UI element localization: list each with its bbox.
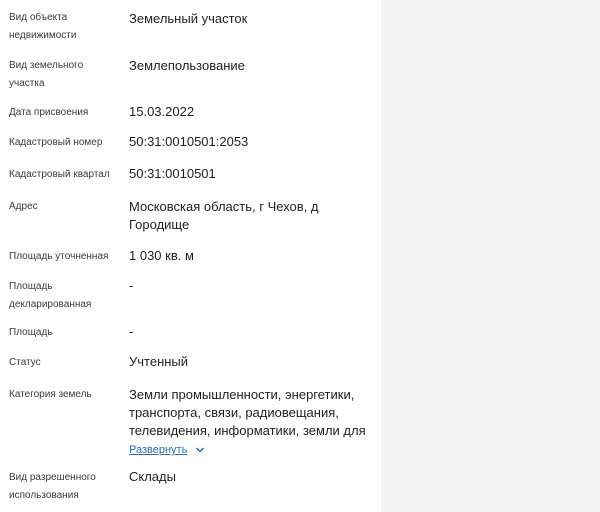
- page: Вид объекта недвижимости Земельный участ…: [0, 0, 600, 512]
- value-status: Учтенный: [129, 353, 374, 371]
- label-area-declared: Площадь декларированная: [9, 278, 119, 314]
- label-permitted-use: Вид разрешенного использования: [9, 469, 119, 505]
- value-area: -: [129, 323, 374, 341]
- value-area-declared: -: [129, 277, 374, 295]
- expand-link[interactable]: Развернуть: [129, 442, 187, 458]
- value-land-plot-type: Землепользование: [129, 57, 374, 75]
- value-area-refined: 1 030 кв. м: [129, 247, 374, 265]
- value-address: Московская область, г Чехов, д Городище: [129, 198, 374, 234]
- label-address: Адрес: [9, 198, 119, 216]
- expand-button[interactable]: Развернуть: [129, 442, 205, 458]
- label-cadastral-number: Кадастровый номер: [9, 134, 119, 152]
- label-object-type: Вид объекта недвижимости: [9, 9, 119, 45]
- land-category-text: Земли промышленности, энергетики, трансп…: [129, 386, 374, 440]
- label-land-category: Категория земель: [9, 386, 119, 404]
- value-permitted-use: Склады: [129, 468, 374, 486]
- value-assignment-date: 15.03.2022: [129, 103, 374, 121]
- label-land-plot-type: Вид земельного участка: [9, 57, 119, 93]
- value-cadastral-number: 50:31:0010501:2053: [129, 133, 374, 151]
- chevron-down-icon: [195, 445, 205, 455]
- label-cadastral-quarter: Кадастровый квартал: [9, 166, 119, 184]
- label-status: Статус: [9, 354, 119, 372]
- label-assignment-date: Дата присвоения: [9, 104, 119, 122]
- value-object-type: Земельный участок: [129, 10, 374, 28]
- label-area: Площадь: [9, 324, 119, 342]
- value-land-category: Земли промышленности, энергетики, трансп…: [129, 386, 374, 458]
- label-area-refined: Площадь уточненная: [9, 248, 119, 266]
- side-panel: [381, 0, 600, 512]
- value-cadastral-quarter: 50:31:0010501: [129, 165, 374, 183]
- property-details-panel: Вид объекта недвижимости Земельный участ…: [0, 0, 381, 512]
